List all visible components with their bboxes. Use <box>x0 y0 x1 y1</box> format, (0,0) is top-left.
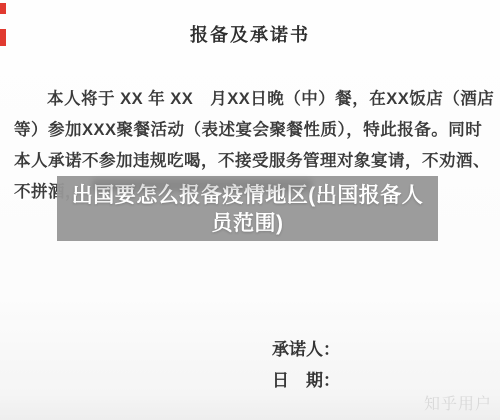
document-body-line: 等）参加XXX聚餐活动（表述宴会聚餐性质），特此报备。同时 <box>14 115 490 146</box>
obscured-text-artifact <box>92 179 312 192</box>
promiser-label: 承诺人： <box>272 340 340 359</box>
zhihu-user-watermark: 知乎用户 <box>424 391 492 414</box>
document-body-line: 本人承诺不参加违规吃喝，不接受服务管理对象宴请，不劝酒、 <box>14 146 490 177</box>
document-photo-page: 报备及承诺书 本人将于 XX 年 XX 月XX日晚（中）餐，在XX饭店（酒店 等… <box>0 0 500 420</box>
date-label: 日 期： <box>272 371 340 390</box>
document-title: 报备及承诺书 <box>0 21 500 47</box>
caption-text-line: 员范围) <box>212 210 284 238</box>
signature-block: 承诺人： 日 期： <box>272 340 340 390</box>
document-body-line: 本人将于 XX 年 XX 月XX日晚（中）餐，在XX饭店（酒店 <box>14 84 490 115</box>
red-edge-mark <box>0 3 6 14</box>
